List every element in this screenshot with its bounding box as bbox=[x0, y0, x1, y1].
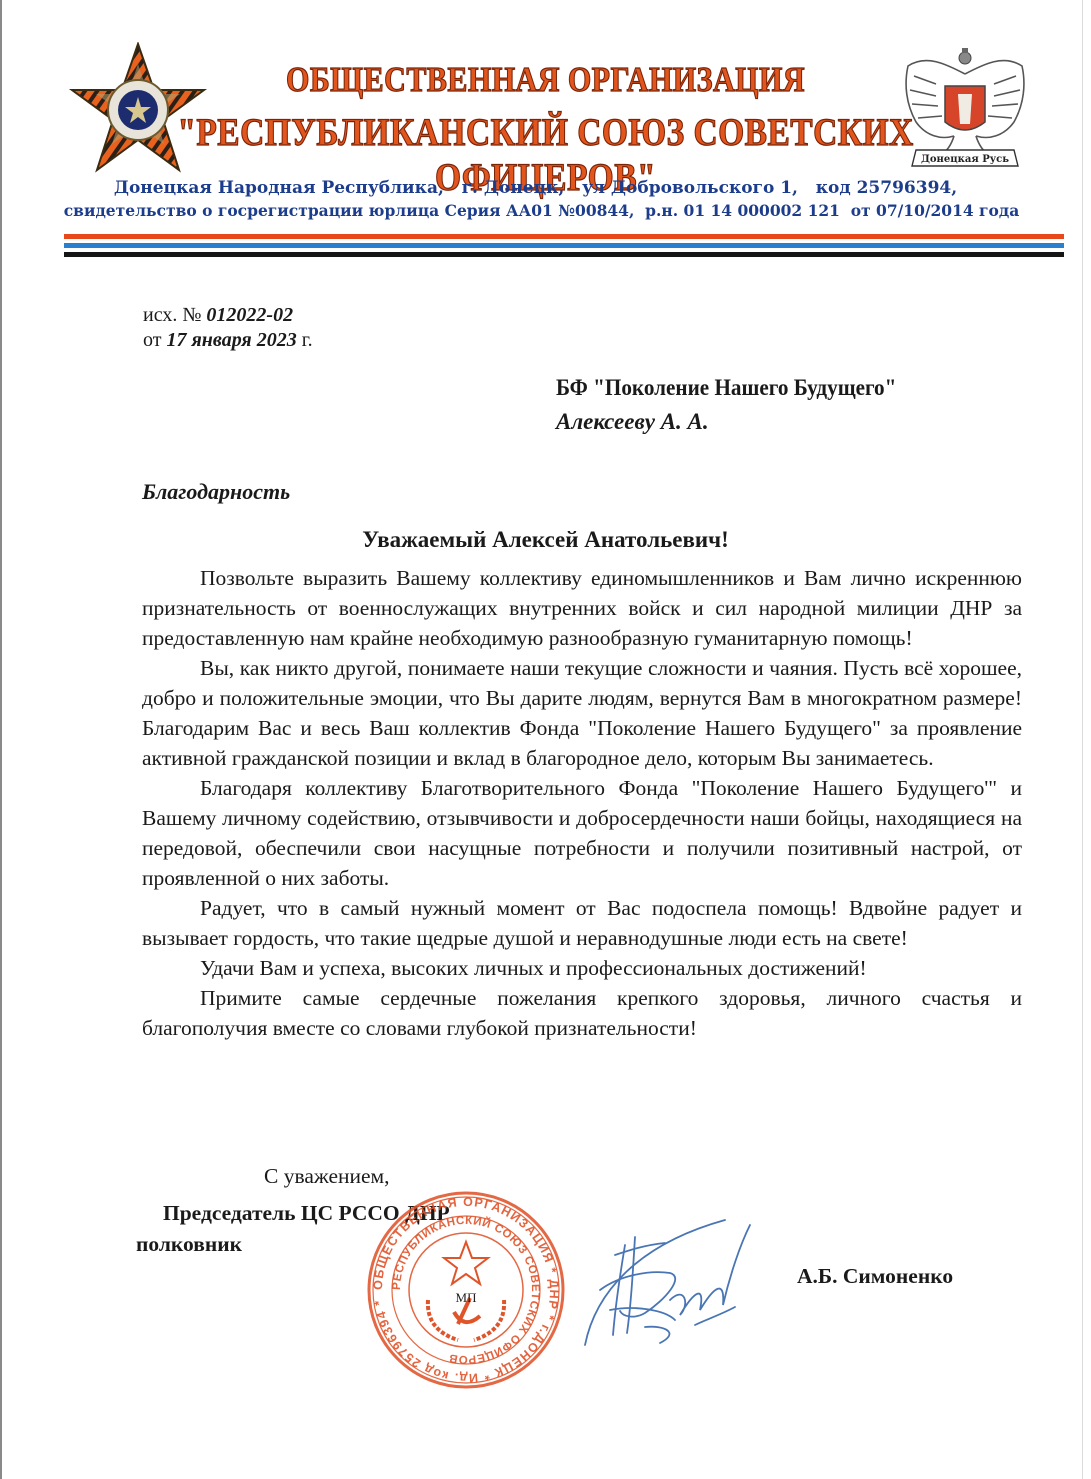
svg-text:МП: МП bbox=[456, 1290, 477, 1305]
document-date: от 17 января 2023 г. bbox=[143, 329, 313, 352]
addressee-name: Алексееву А. А. bbox=[556, 409, 709, 435]
body-paragraph: Радует, что в самый нужный момент от Вас… bbox=[142, 893, 1022, 953]
signatory-rank: полковник bbox=[136, 1232, 242, 1257]
handwritten-signature-icon bbox=[575, 1215, 805, 1350]
divider-blue bbox=[64, 243, 1064, 248]
outgoing-number-value: 012022-02 bbox=[206, 304, 293, 326]
divider-orange bbox=[64, 234, 1064, 239]
body-paragraph: Позвольте выразить Вашему коллективу еди… bbox=[142, 563, 1022, 653]
registration-line: свидетельство о госрегистрации юрлица Се… bbox=[0, 201, 1087, 220]
page-edge bbox=[0, 0, 2, 1479]
date-prefix: от bbox=[143, 329, 161, 351]
page-edge bbox=[1082, 0, 1083, 1479]
org-type-title: ОБЩЕСТВЕННАЯ ОРГАНИЗАЦИЯ bbox=[76, 60, 1014, 100]
date-suffix: г. bbox=[302, 329, 313, 351]
signatory-name: А.Б. Симоненко bbox=[797, 1264, 953, 1289]
address-line: Донецкая Народная Республика, г. Донецк,… bbox=[0, 178, 1081, 198]
letter-body: Позвольте выразить Вашему коллективу еди… bbox=[142, 563, 1022, 1043]
coat-of-arms-icon: Донецкая Русь bbox=[896, 44, 1034, 176]
svg-text:Донецкая Русь: Донецкая Русь bbox=[921, 154, 1009, 165]
body-paragraph: Благодаря коллективу Благотворительного … bbox=[142, 773, 1022, 893]
date-value: 17 января 2023 bbox=[166, 329, 296, 351]
addressee-organization: БФ "Поколение Нашего Будущего" bbox=[556, 375, 896, 401]
salutation: Уважаемый Алексей Анатольевич! bbox=[0, 527, 1091, 553]
official-stamp-icon: ОБЩЕСТВЕННАЯ ОРГАНИЗАЦИЯ * ДНР * г.ДОНЕЦ… bbox=[366, 1190, 566, 1390]
body-paragraph: Вы, как никто другой, понимаете наши тек… bbox=[142, 653, 1022, 773]
outgoing-number: исх. № 012022-02 bbox=[143, 304, 293, 327]
body-paragraph: Удачи Вам и успеха, высоких личных и про… bbox=[142, 953, 1022, 983]
document-type: Благодарность bbox=[142, 479, 290, 505]
body-paragraph: Примите самые сердечные пожелания крепко… bbox=[142, 983, 1022, 1043]
closing: С уважением, bbox=[264, 1164, 390, 1189]
divider-black bbox=[64, 252, 1064, 257]
outgoing-number-label: исх. № bbox=[143, 304, 201, 326]
